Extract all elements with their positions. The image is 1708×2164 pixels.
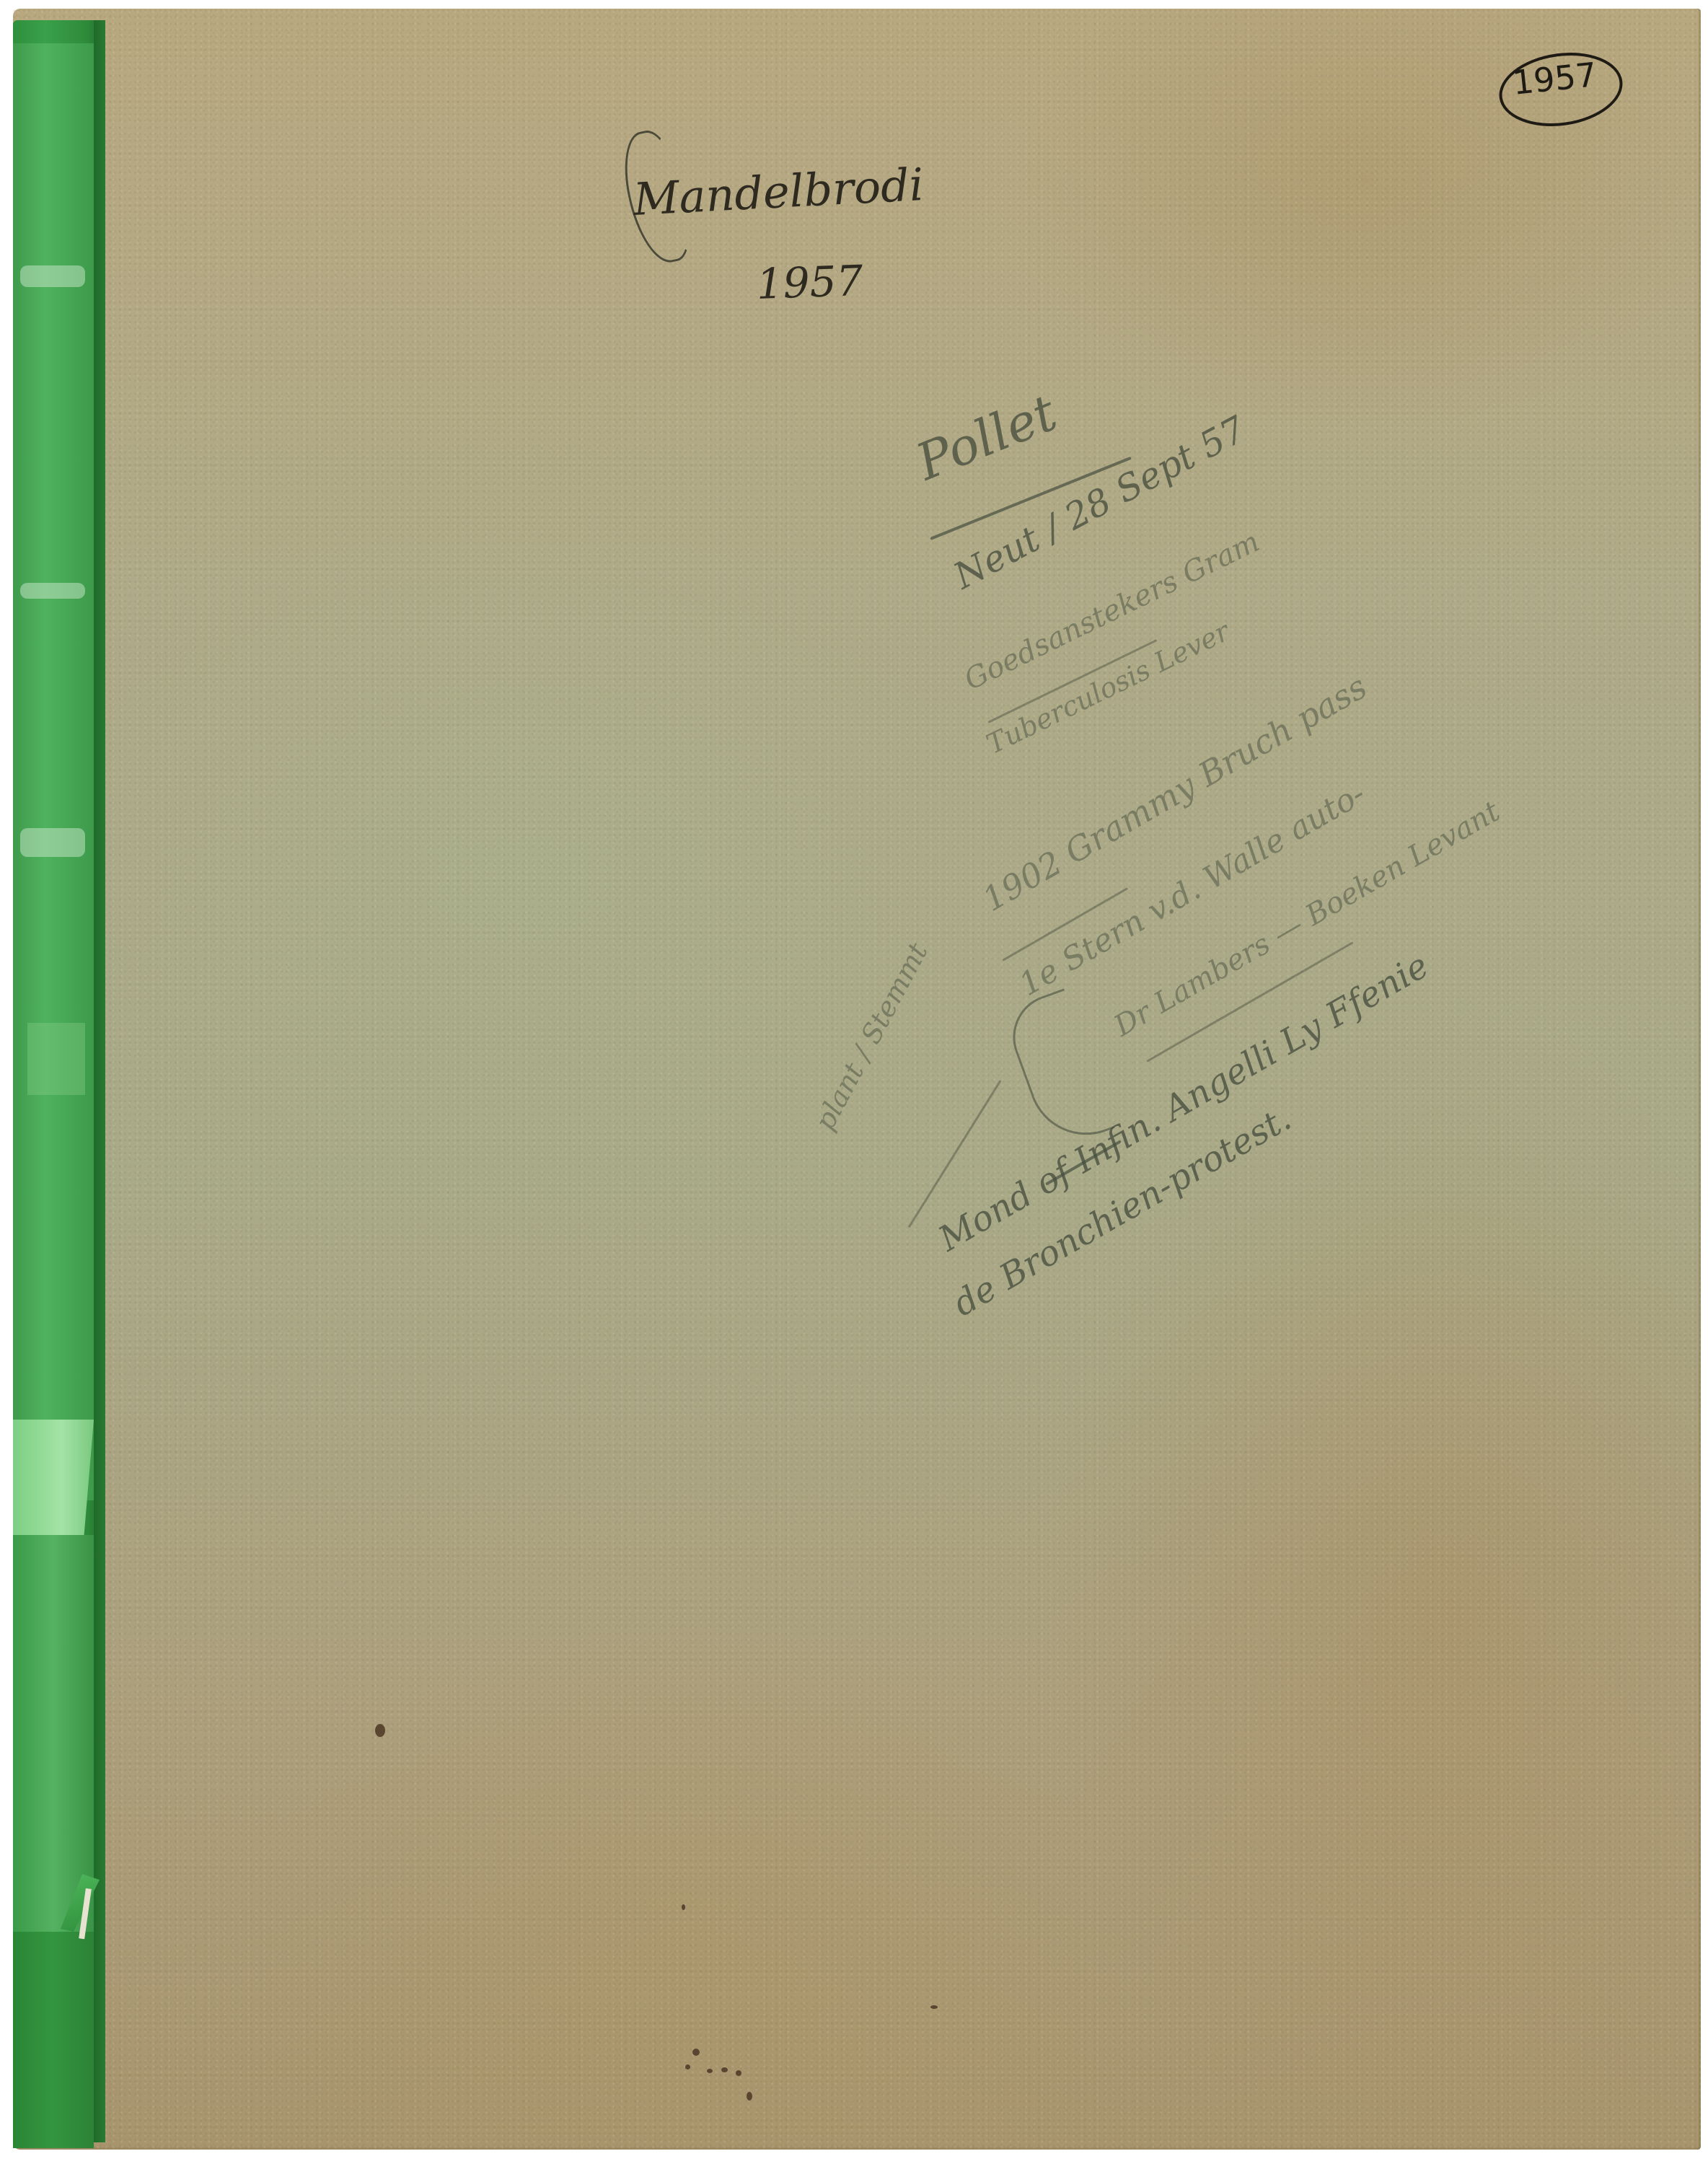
stain-speck xyxy=(747,2092,752,2101)
spine-glare xyxy=(20,583,85,599)
stain-speck xyxy=(375,1724,385,1737)
stain-speck xyxy=(685,2064,690,2070)
spine-tape-upper xyxy=(13,43,94,1500)
spine-tape-patch xyxy=(27,1023,85,1095)
stain-speck xyxy=(930,2005,938,2009)
stain-speck xyxy=(721,2067,728,2072)
spine-glare xyxy=(20,265,85,287)
spine-tape-lower xyxy=(13,1932,94,2148)
owner-year: 1957 xyxy=(756,256,864,309)
stain-speck xyxy=(692,2049,700,2056)
stain-speck xyxy=(707,2069,713,2073)
spine-tape-glare-strip xyxy=(13,1420,94,1535)
stain-speck xyxy=(682,1904,685,1910)
stain-speck xyxy=(736,2070,741,2076)
spine-glare xyxy=(20,828,85,857)
green-spine-tape xyxy=(13,20,105,2142)
spine-edge xyxy=(94,20,105,2142)
